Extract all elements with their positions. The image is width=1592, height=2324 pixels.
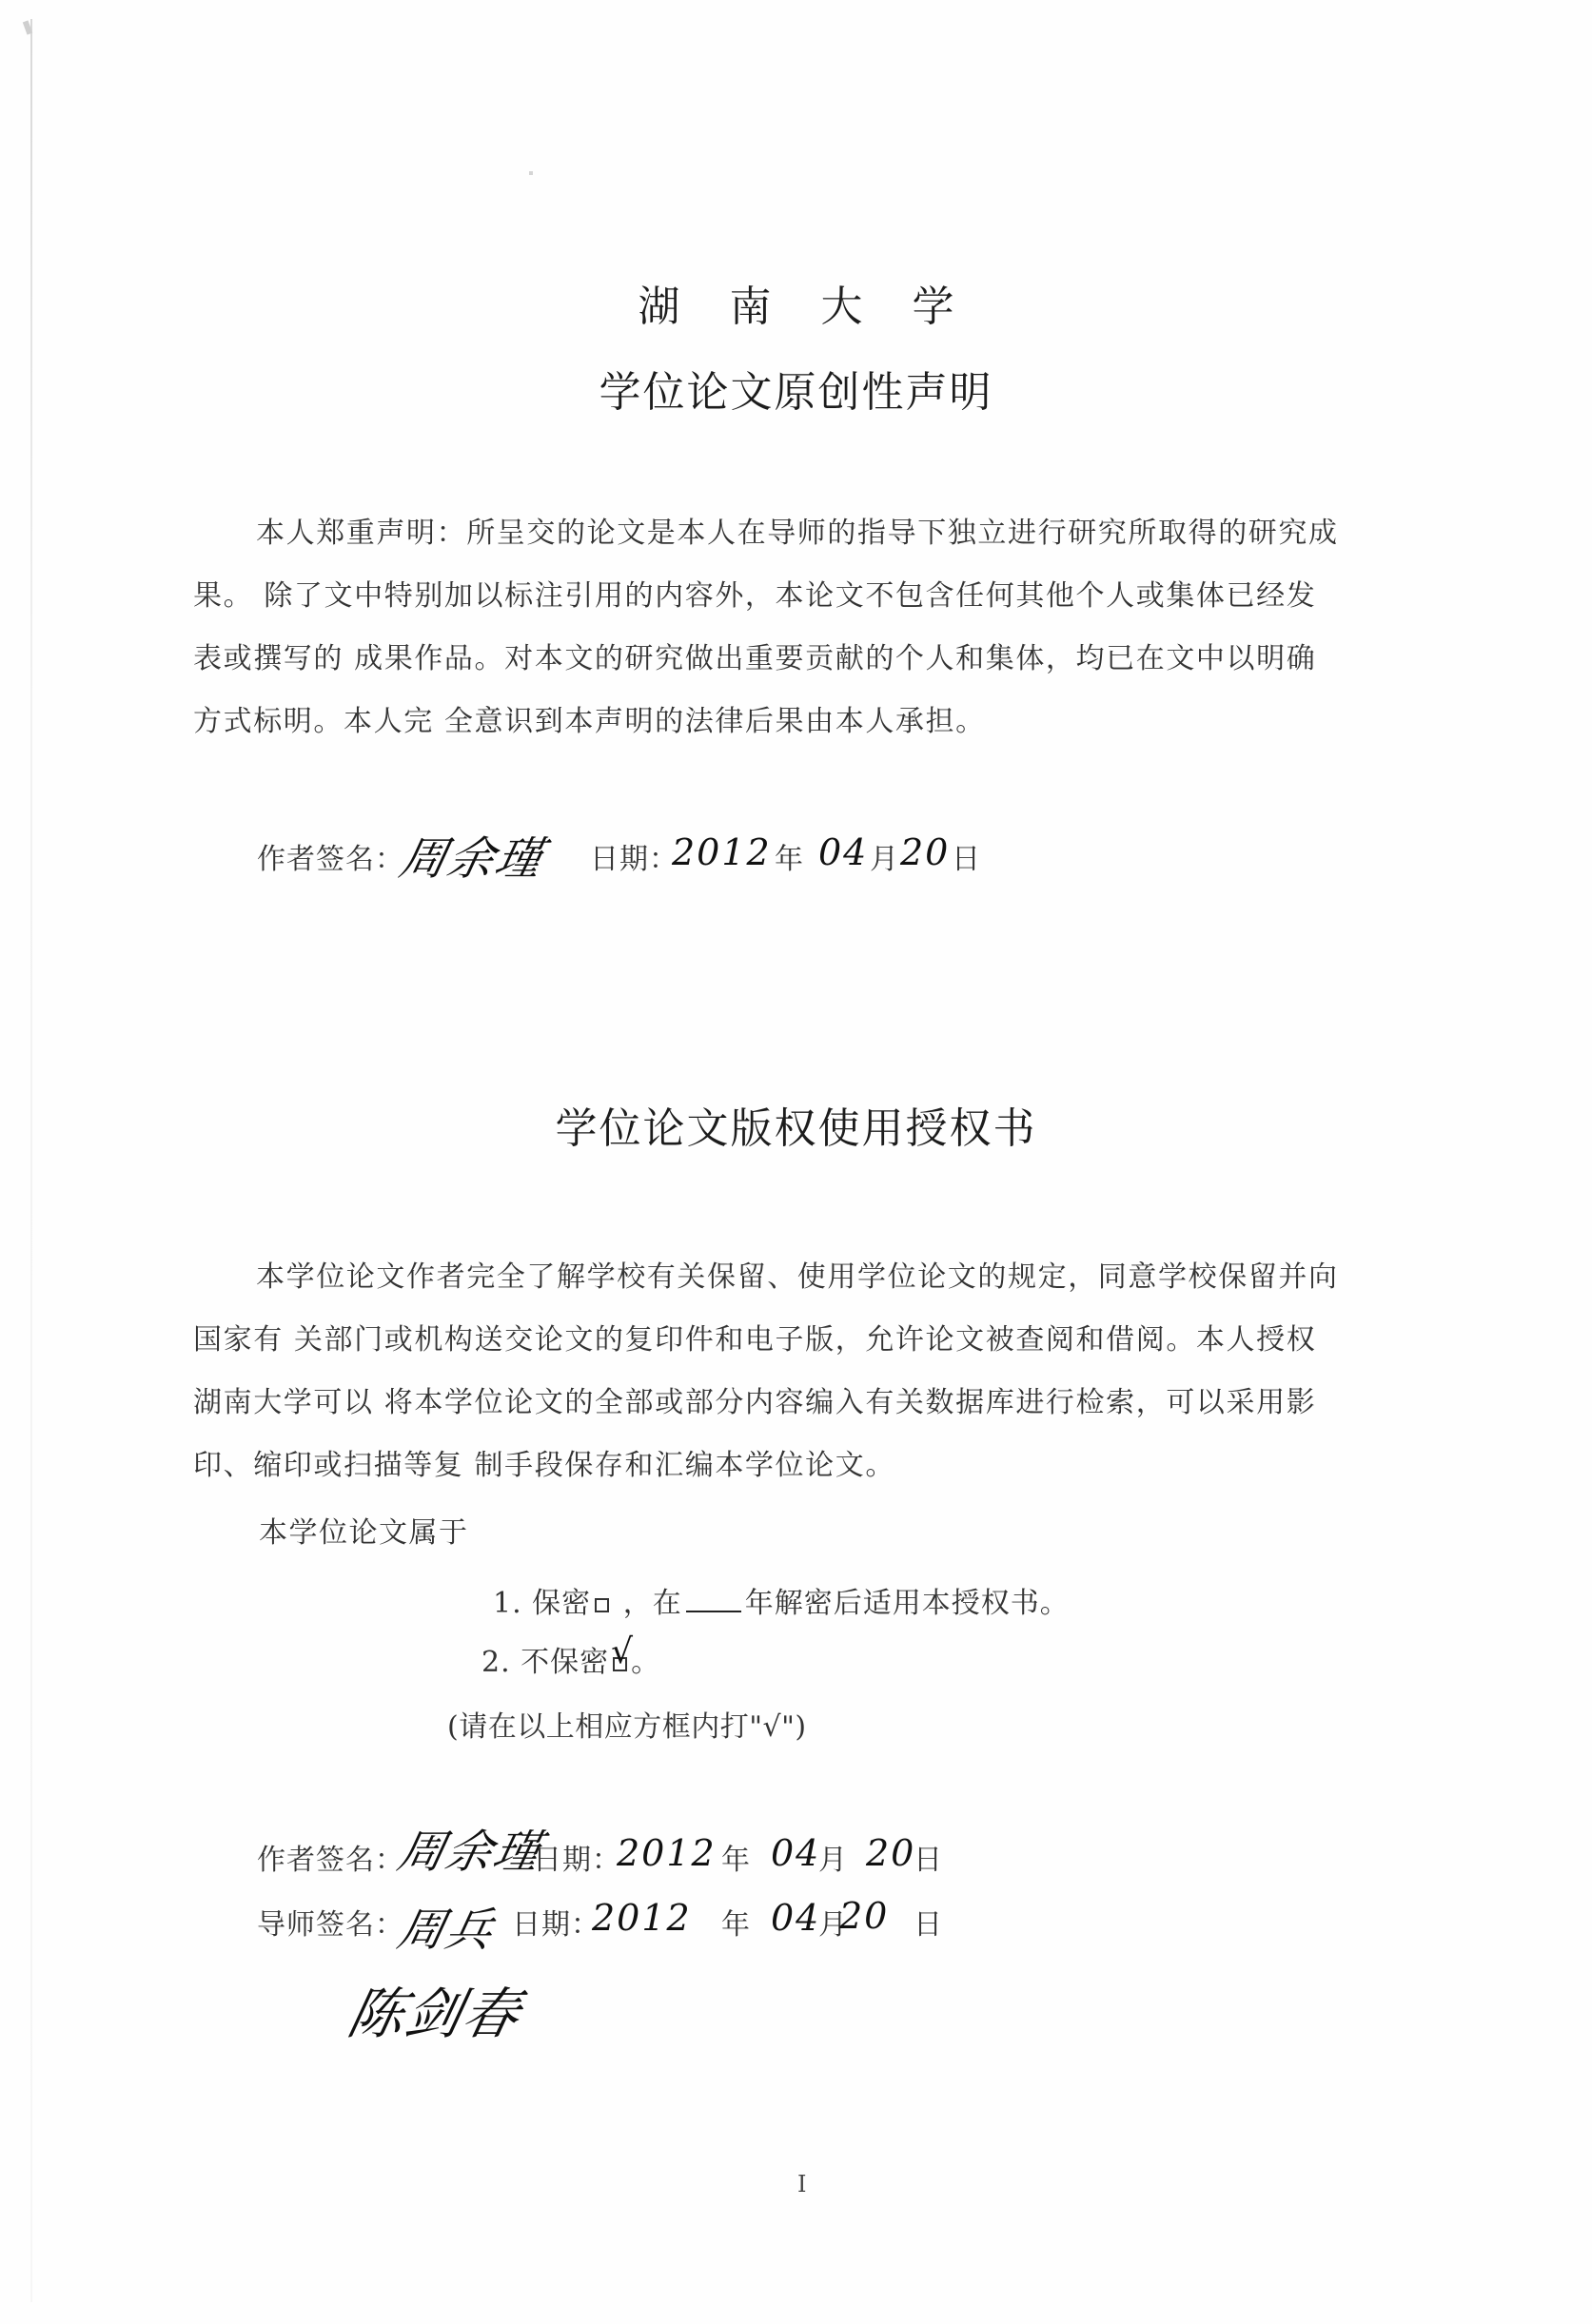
declaration-line: 果。 除了文中特别加以标注引用的内容外，本论文不包含任何其他个人或集体已经发 — [193, 565, 1411, 628]
advisor-signature-1: 周兵 — [393, 1893, 502, 1959]
author-signature: 周余瑾 — [395, 822, 552, 888]
years-blank-field[interactable] — [686, 1588, 741, 1612]
date-day: 20 — [839, 1895, 889, 1937]
scan-speck — [529, 171, 533, 175]
declaration-line: 表或撰写的 成果作品。对本文的研究做出重要贡献的个人和集体，均已在文中以明确 — [193, 628, 1411, 691]
option-not-confidential-label: 2. 不保密 — [482, 1646, 609, 1679]
advisor-signature-2: 陈剑春 — [342, 1969, 530, 2049]
author-sign-label: 作者签名： — [257, 835, 404, 877]
page-number: I — [797, 2171, 806, 2197]
option-not-confidential-suffix: 。 — [631, 1646, 660, 1679]
advisor-sign-label: 导师签名： — [257, 1901, 404, 1943]
declaration-line: 方式标明。本人完 全意识到本声明的法律后果由本人承担。 — [193, 691, 1411, 753]
declaration-title: 学位论文原创性声明 — [0, 358, 1592, 419]
date-year: 2012 — [592, 1897, 692, 1939]
date-label: 日期： — [533, 1836, 621, 1878]
date-year-unit: 年 — [721, 1836, 751, 1878]
date-label: 日期： — [590, 835, 678, 877]
date-month: 04 — [771, 1832, 820, 1874]
not-confidential-checkbox[interactable]: √ — [609, 1646, 631, 1679]
author-signature: 周余瑾 — [393, 1815, 550, 1881]
author-sign-label: 作者签名： — [257, 1836, 404, 1878]
authorization-advisor-row: 导师签名： 周兵 日期： 2012 年 04 月 20 日 — [257, 1901, 1113, 1943]
option-confidential-suffix: 年解密后适用本授权书。 — [745, 1587, 1070, 1620]
document-page: 湖南大学 学位论文原创性声明 本人郑重声明：所呈交的论文是本人在导师的指导下独立… — [0, 0, 1592, 2324]
option-confidential: 1. 保密 ，在年解密后适用本授权书。 — [493, 1579, 1070, 1621]
checkmark-icon: √ — [611, 1632, 634, 1671]
confidential-checkbox[interactable] — [595, 1598, 609, 1612]
date-day: 20 — [866, 1832, 915, 1874]
date-day-unit: 日 — [952, 835, 981, 877]
authorization-title: 学位论文版权使用授权书 — [0, 1094, 1592, 1155]
date-month-unit: 月 — [818, 1836, 848, 1878]
date-year-unit: 年 — [721, 1901, 751, 1943]
option-confidential-middle: ，在 — [623, 1587, 682, 1620]
authorization-line: 国家有 关部门或机构送交论文的复印件和电子版，允许论文被查阅和借阅。本人授权 — [193, 1309, 1411, 1372]
authorization-author-row: 作者签名： 周余瑾 日期： 2012 年 04 月 20 日 — [257, 1836, 1113, 1878]
declaration-signature-row: 作者签名： 周余瑾 日期： 2012 年 04 月 20 日 — [257, 835, 1113, 877]
checkbox-instruction: (请在以上相应方框内打"√") — [447, 1703, 807, 1745]
authorization-paragraph: 本学位论文作者完全了解学校有关保留、使用学位论文的规定，同意学校保留并向 国家有… — [193, 1246, 1411, 1497]
date-month: 04 — [771, 1897, 820, 1939]
date-day: 20 — [900, 831, 950, 873]
option-confidential-label: 1. 保密 — [493, 1587, 591, 1620]
date-year: 2012 — [617, 1832, 717, 1874]
date-year-unit: 年 — [775, 835, 804, 877]
authorization-line: 湖南大学可以 将本学位论文的全部或部分内容编入有关数据库进行检索，可以采用影 — [193, 1372, 1411, 1435]
belongs-to-label: 本学位论文属于 — [259, 1509, 469, 1551]
date-day-unit: 日 — [914, 1901, 943, 1943]
authorization-line: 印、缩印或扫描等复 制手段保存和汇编本学位论文。 — [193, 1435, 1411, 1497]
university-title: 湖南大学 — [0, 272, 1592, 333]
declaration-paragraph: 本人郑重声明：所呈交的论文是本人在导师的指导下独立进行研究所取得的研究成 果。 … — [193, 502, 1411, 753]
date-month-unit: 月 — [870, 835, 899, 877]
date-day-unit: 日 — [914, 1836, 943, 1878]
date-label: 日期： — [512, 1901, 600, 1943]
authorization-line: 本学位论文作者完全了解学校有关保留、使用学位论文的规定，同意学校保留并向 — [193, 1246, 1411, 1309]
date-year: 2012 — [672, 831, 772, 873]
option-not-confidential: 2. 不保密√。 — [482, 1638, 660, 1680]
declaration-line: 本人郑重声明：所呈交的论文是本人在导师的指导下独立进行研究所取得的研究成 — [193, 502, 1411, 565]
date-month: 04 — [818, 831, 868, 873]
